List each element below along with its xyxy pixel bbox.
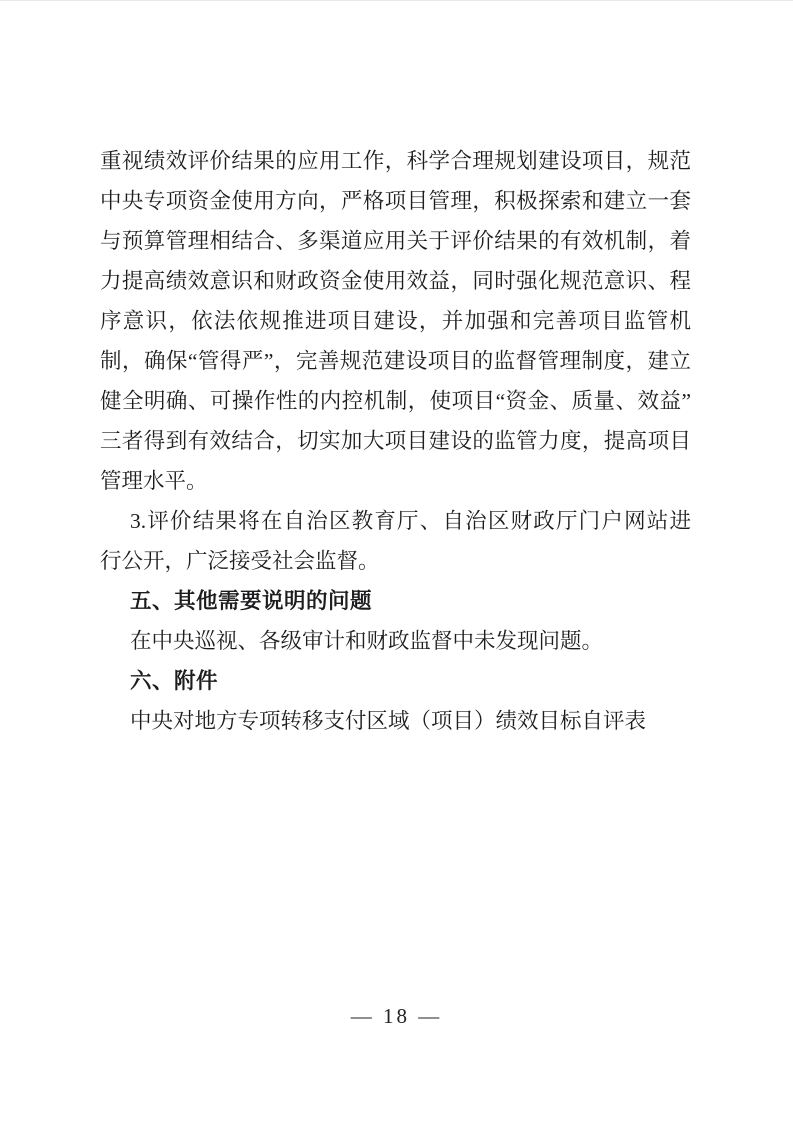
paragraph-line: 健全明确、可操作性的内控机制，使项目“资金、质量、效益” xyxy=(100,381,691,421)
document-page: 重视绩效评价结果的应用工作，科学合理规划建设项目，规范 中央专项资金使用方向，严… xyxy=(0,0,793,1123)
paragraph-line-last: 管理水平。 xyxy=(100,461,691,501)
section5-body: 在中央巡视、各级审计和财政监督中未发现问题。 xyxy=(100,621,691,661)
paragraph-line: 制，确保“管得严”，完善规范建设项目的监督管理制度，建立 xyxy=(100,341,691,381)
paragraph-line: 重视绩效评价结果的应用工作，科学合理规划建设项目，规范 xyxy=(100,141,691,181)
text-block: 重视绩效评价结果的应用工作，科学合理规划建设项目，规范 中央专项资金使用方向，严… xyxy=(100,141,691,741)
paragraph-line: 序意识，依法依规推进项目建设，并加强和完善项目监管机 xyxy=(100,301,691,341)
section6-heading: 六、附件 xyxy=(100,661,691,701)
paragraph-line: 与预算管理相结合、多渠道应用关于评价结果的有效机制，着 xyxy=(100,221,691,261)
paragraph-line: 中央专项资金使用方向，严格项目管理，积极探索和建立一套 xyxy=(100,181,691,221)
item3-line: 3.评价结果将在自治区教育厅、自治区财政厅门户网站进 xyxy=(100,501,691,541)
page-number: — 18 — xyxy=(0,1004,793,1028)
section5-heading: 五、其他需要说明的问题 xyxy=(100,581,691,621)
paragraph-line: 三者得到有效结合，切实加大项目建设的监管力度，提高项目 xyxy=(100,421,691,461)
paragraph-line: 力提高绩效意识和财政资金使用效益，同时强化规范意识、程 xyxy=(100,261,691,301)
item3-line-last: 行公开，广泛接受社会监督。 xyxy=(100,541,691,581)
section6-body: 中央对地方专项转移支付区域（项目）绩效目标自评表 xyxy=(100,701,691,741)
